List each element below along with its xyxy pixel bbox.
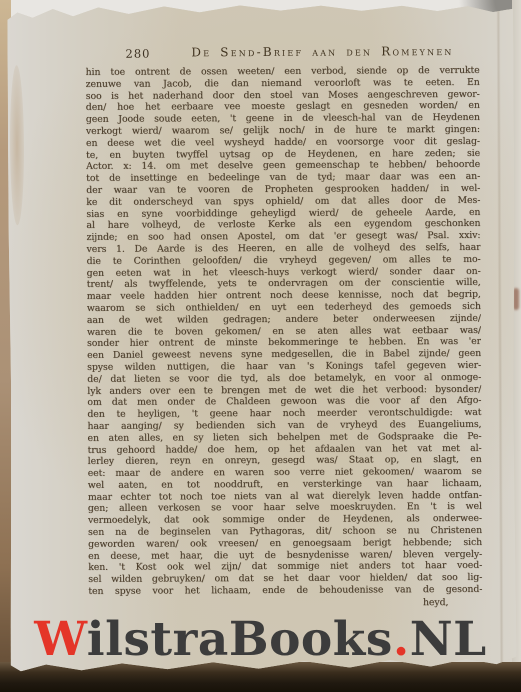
- book-page: 280 De Send-Brief aan den Romeynen hin t…: [7, 3, 516, 674]
- running-title: De Send-Brief aan den Romeynen: [165, 44, 479, 60]
- page-number: 280: [125, 47, 150, 61]
- book-photo: 280 De Send-Brief aan den Romeynen hin t…: [0, 0, 521, 692]
- edge-stain: [513, 288, 519, 310]
- text-line: ten spyse voor het lichaam, ende de beho…: [88, 584, 482, 598]
- paper-stain: [10, 65, 25, 225]
- watermark: WilstraBooks.NL: [0, 612, 521, 667]
- watermark-dot: .: [393, 612, 410, 667]
- watermark-text: ilstraBooks: [87, 612, 393, 667]
- watermark-initial: W: [34, 612, 86, 667]
- page-fold-shadow: [496, 3, 503, 671]
- page-header: 280 De Send-Brief aan den Romeynen: [85, 44, 479, 62]
- catchword-row: heyd,: [88, 597, 482, 611]
- body-text: hin toe ontrent de ossen weeten/ een ver…: [86, 65, 483, 598]
- watermark-tld: NL: [410, 612, 487, 667]
- catchword: heyd,: [88, 597, 482, 611]
